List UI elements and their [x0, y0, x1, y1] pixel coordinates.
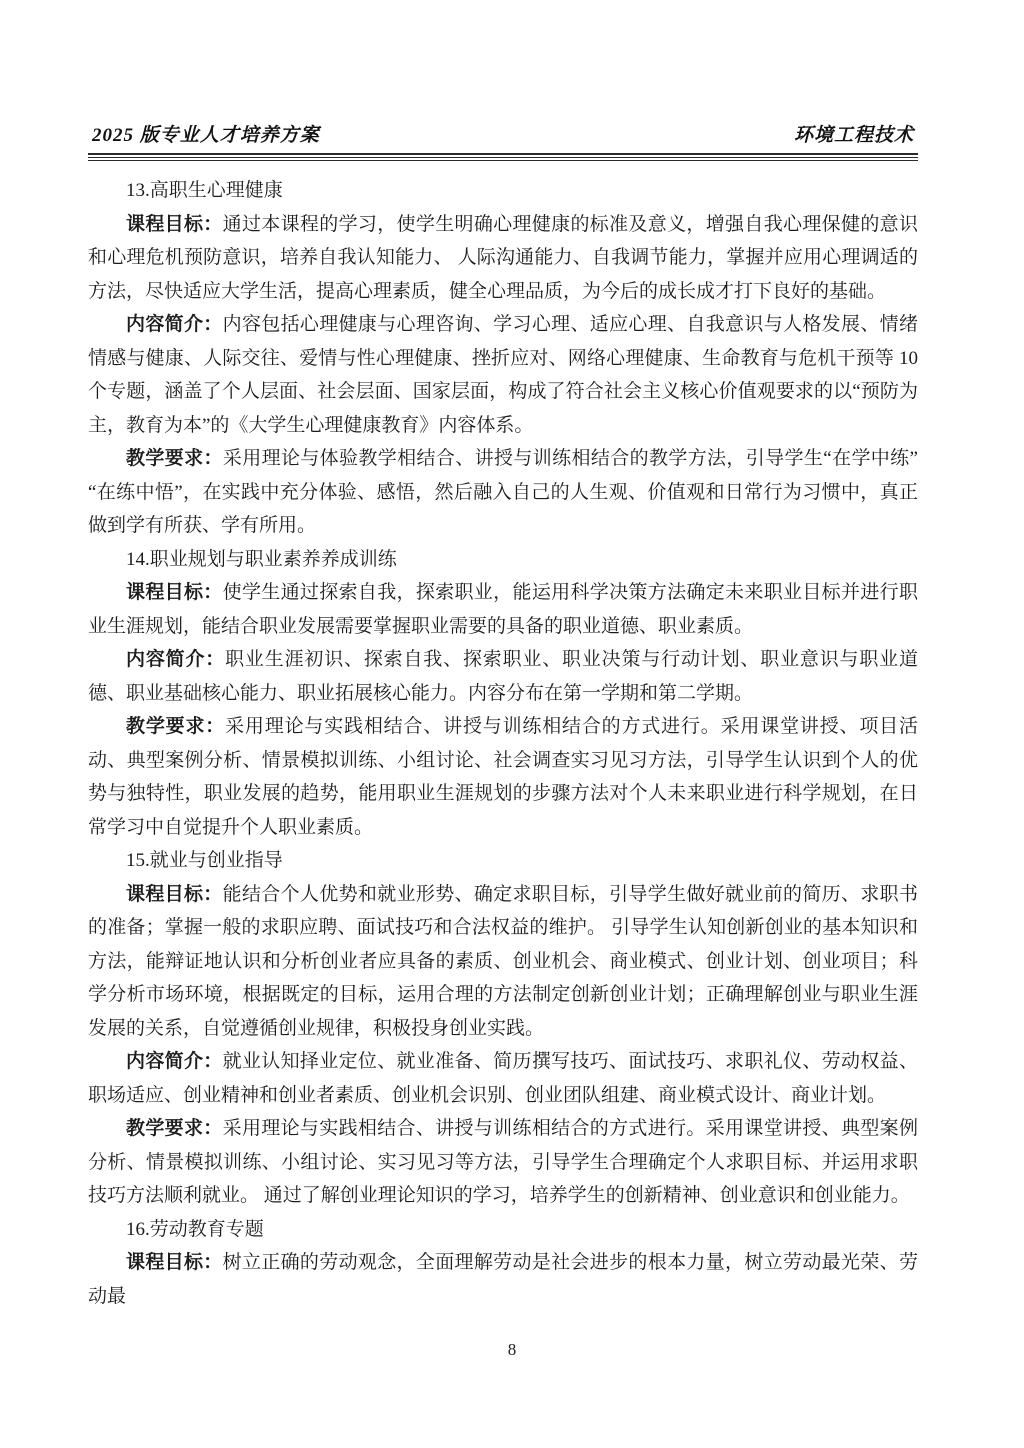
header-row: 2025 版专业人才培养方案 环境工程技术	[88, 120, 918, 153]
paragraph: 课程目标：通过本课程的学习，使学生明确心理健康的标准及意义，增强自我心理保健的意…	[88, 208, 918, 309]
section-heading: 15.就业与创业指导	[88, 844, 918, 878]
section-15: 15.就业与创业指导 课程目标：能结合个人优势和就业形势、确定求职目标，引导学生…	[88, 844, 918, 1213]
page-number: 8	[508, 1340, 517, 1359]
document-page: 2025 版专业人才培养方案 环境工程技术 13.高职生心理健康 课程目标：通过…	[0, 0, 1024, 1448]
paragraph-label: 教学要求：	[126, 716, 225, 737]
section-heading: 13.高职生心理健康	[88, 174, 918, 208]
paragraph-label: 内容简介：	[126, 1051, 223, 1072]
paragraph: 课程目标：能结合个人优势和就业形势、确定求职目标，引导学生做好就业前的简历、求职…	[88, 878, 918, 1046]
document-body: 13.高职生心理健康 课程目标：通过本课程的学习，使学生明确心理健康的标准及意义…	[88, 174, 918, 1313]
paragraph: 教学要求：采用理论与实践相结合、讲授与训练相结合的方式进行。采用课堂讲授、项目活…	[88, 710, 918, 844]
paragraph-label: 内容简介：	[126, 649, 225, 670]
header-left-title: 2025 版专业人才培养方案	[92, 120, 320, 147]
paragraph: 教学要求：采用理论与实践相结合、讲授与训练相结合的方式进行。采用课堂讲授、典型案…	[88, 1112, 918, 1213]
paragraph: 内容简介：职业生涯初识、探索自我、探索职业、职业决策与行动计划、职业意识与职业道…	[88, 643, 918, 710]
paragraph: 教学要求：采用理论与体验教学相结合、讲授与训练相结合的教学方法，引导学生“在学中…	[88, 442, 918, 543]
paragraph-label: 教学要求：	[126, 448, 223, 469]
header-rule-thick	[88, 157, 918, 161]
paragraph-label: 课程目标：	[126, 884, 223, 905]
paragraph: 课程目标：树立正确的劳动观念，全面理解劳动是社会进步的根本力量，树立劳动最光荣、…	[88, 1246, 918, 1313]
document-header: 2025 版专业人才培养方案 环境工程技术	[88, 120, 918, 161]
section-heading: 14.职业规划与职业素养养成训练	[88, 543, 918, 577]
paragraph-label: 内容简介：	[126, 314, 223, 335]
paragraph: 内容简介：内容包括心理健康与心理咨询、学习心理、适应心理、自我意识与人格发展、情…	[88, 308, 918, 442]
paragraph-label: 课程目标：	[126, 1252, 223, 1273]
section-heading: 16.劳动教育专题	[88, 1213, 918, 1247]
header-rule-thin	[88, 153, 918, 155]
section-13: 13.高职生心理健康 课程目标：通过本课程的学习，使学生明确心理健康的标准及意义…	[88, 174, 918, 543]
header-right-title: 环境工程技术	[794, 120, 914, 147]
page-footer: 8	[0, 1340, 1024, 1360]
paragraph-label: 教学要求：	[126, 1118, 223, 1139]
paragraph-text: 能结合个人优势和就业形势、确定求职目标，引导学生做好就业前的简历、求职书的准备；…	[88, 884, 918, 1039]
paragraph-label: 课程目标：	[126, 582, 223, 603]
paragraph-label: 课程目标：	[126, 214, 223, 235]
paragraph: 课程目标：使学生通过探索自我，探索职业，能运用科学决策方法确定未来职业目标并进行…	[88, 576, 918, 643]
paragraph: 内容简介：就业认知择业定位、就业准备、简历撰写技巧、面试技巧、求职礼仪、劳动权益…	[88, 1045, 918, 1112]
section-16: 16.劳动教育专题 课程目标：树立正确的劳动观念，全面理解劳动是社会进步的根本力…	[88, 1213, 918, 1314]
section-14: 14.职业规划与职业素养养成训练 课程目标：使学生通过探索自我，探索职业，能运用…	[88, 543, 918, 845]
